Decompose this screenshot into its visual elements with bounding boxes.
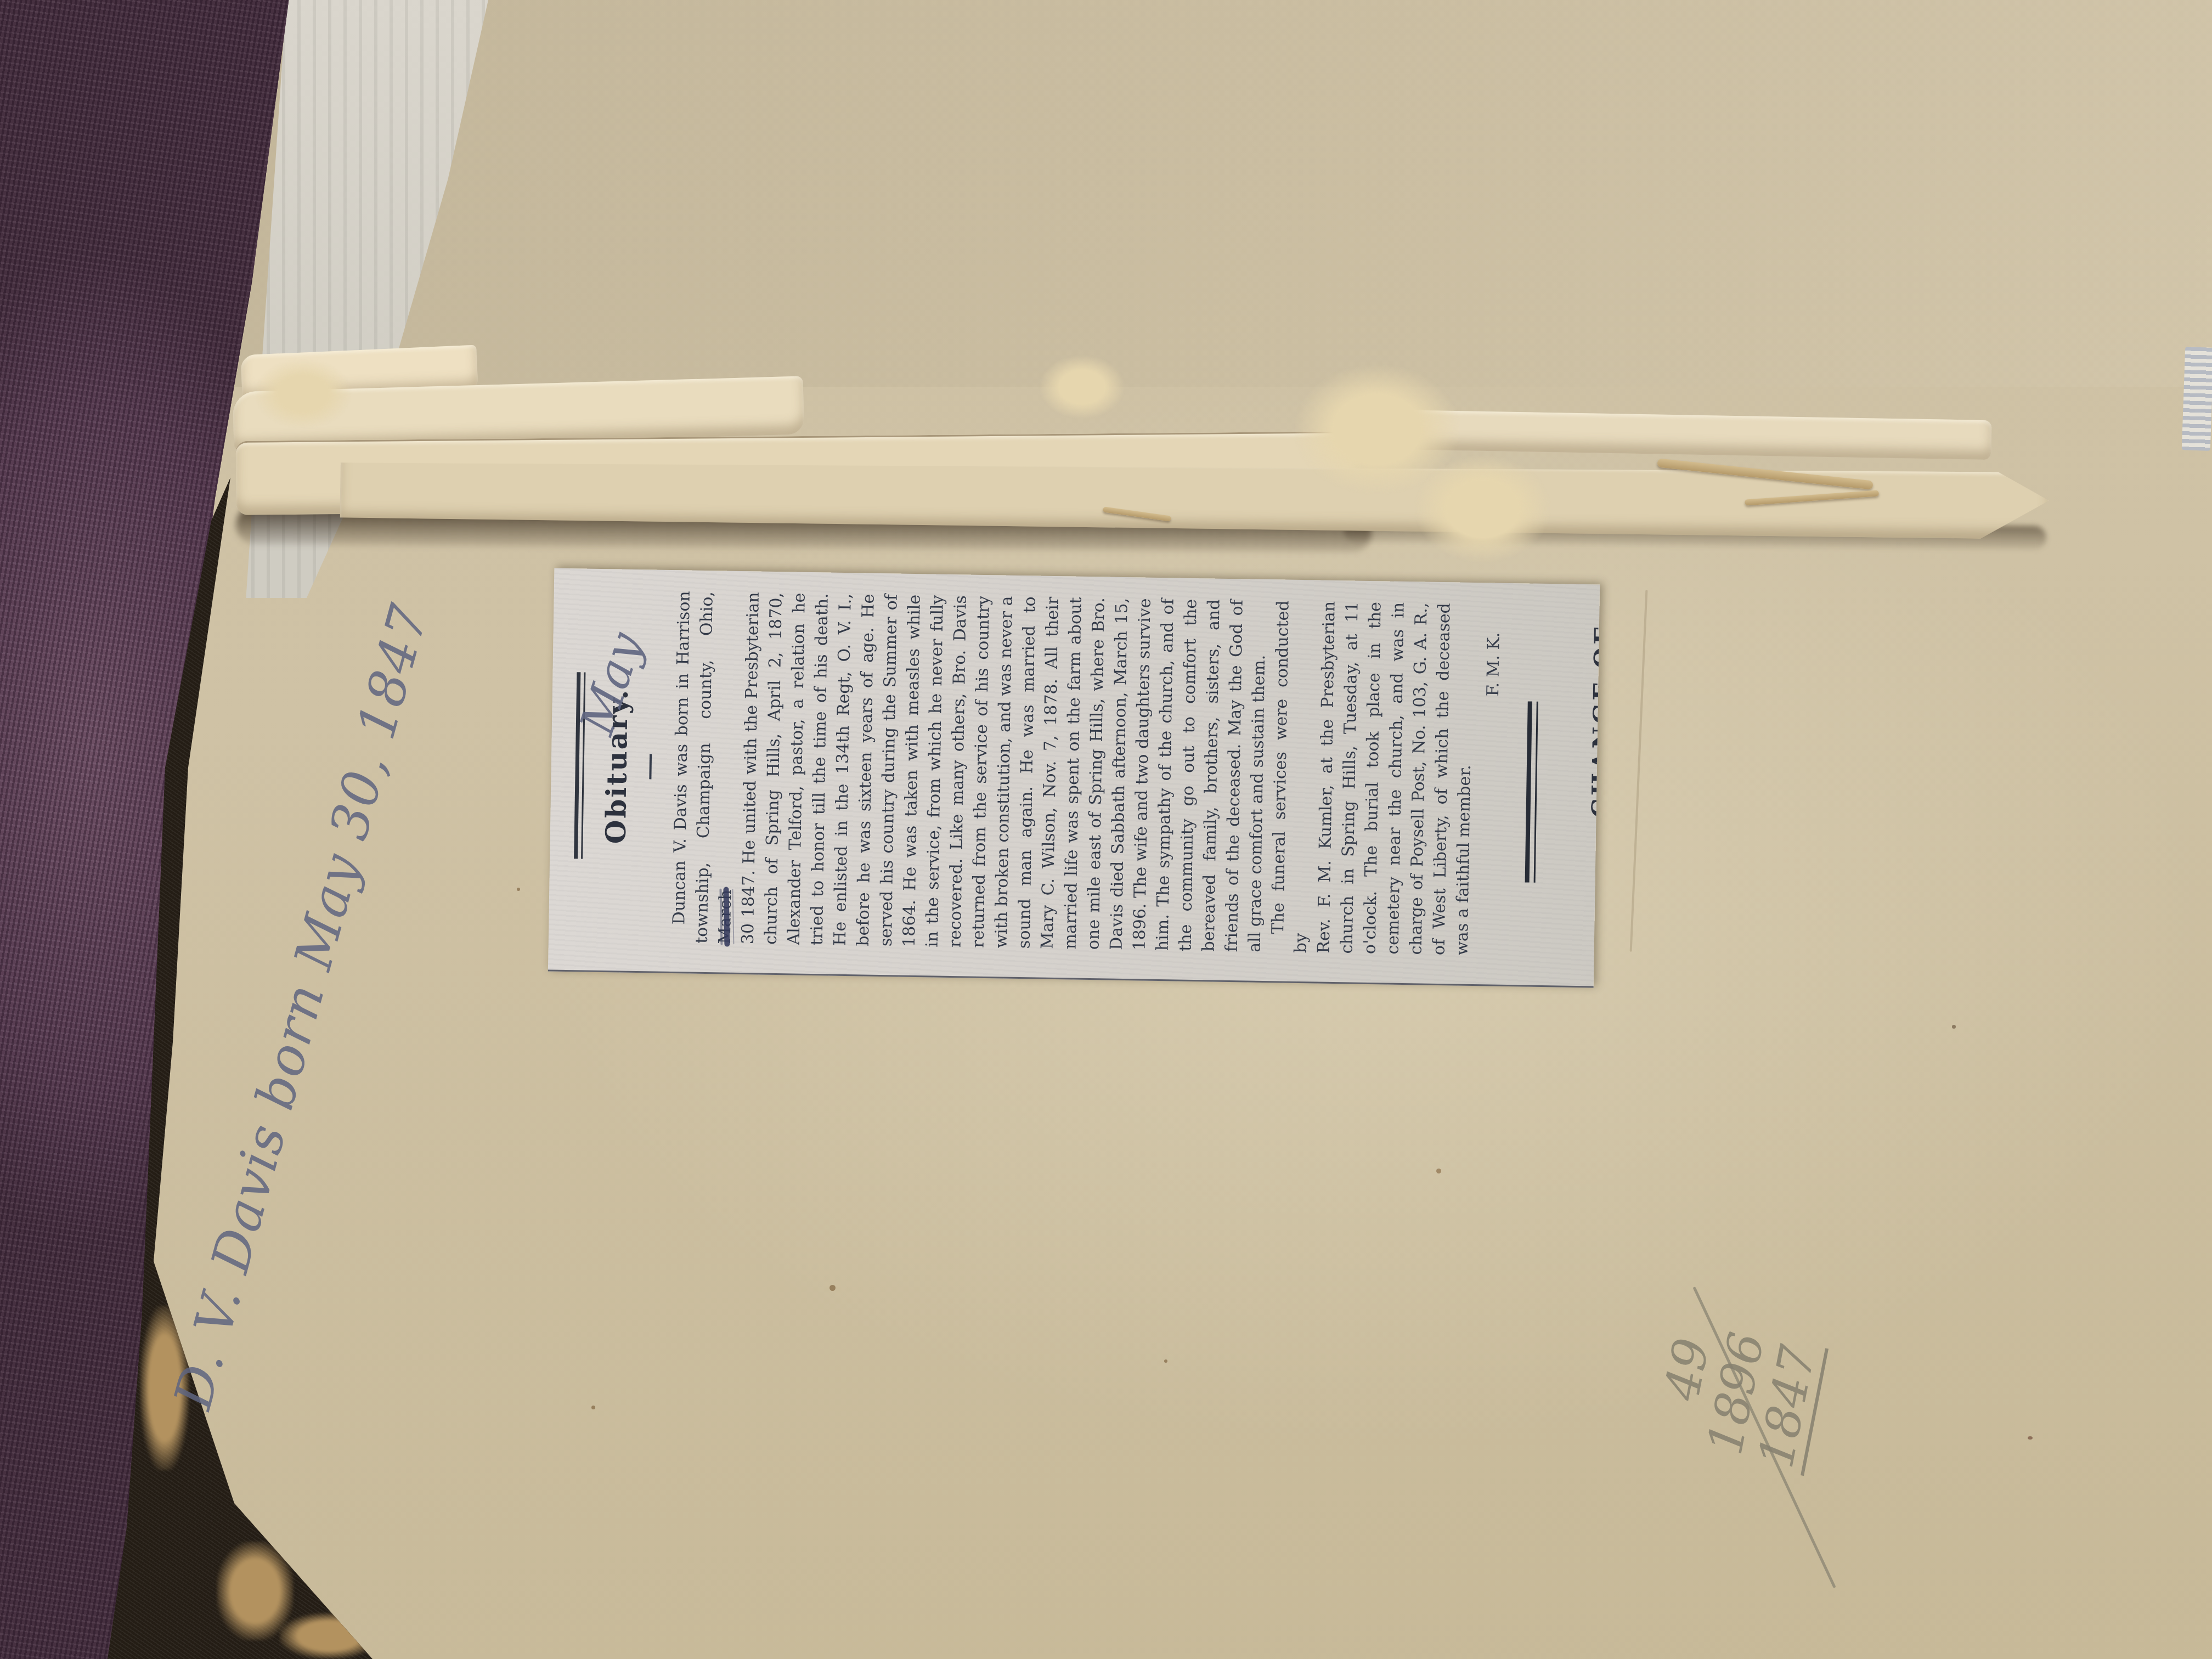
- obituary-clipping-paper: Obituary. Duncan V. Davis was born in Ha…: [548, 568, 1600, 988]
- struck-word: March: [715, 889, 736, 944]
- book-page-edges: [2182, 347, 2212, 451]
- page-speck: [830, 1285, 836, 1291]
- page-speck: [1952, 1025, 1956, 1029]
- page-speck: [1164, 1359, 1167, 1363]
- margin-inscription: D. V. Davis born May 30, 1847: [163, 552, 479, 1423]
- obituary-body: Duncan V. Davis was born in Harrisontown…: [668, 591, 1480, 956]
- obituary-signature: F. M. K.: [1479, 603, 1504, 956]
- next-article-headline-cut: CHANGE OF: [1587, 605, 1600, 818]
- page-upper-shading: [230, 0, 2212, 387]
- obituary-clipping: Obituary. Duncan V. Davis was born in Ha…: [549, 575, 1599, 981]
- headline-dash: [649, 754, 652, 779]
- frayed-paper-tuft: [1415, 455, 1550, 562]
- page-speck: [517, 888, 520, 891]
- page-speck: [2028, 1436, 2033, 1440]
- article-end-rule: [1525, 701, 1538, 882]
- page-speck: [591, 1406, 595, 1409]
- obituary-line: township, Champaign county, Ohio, March: [691, 591, 742, 944]
- page-crease: [1630, 590, 1648, 952]
- obituary-line: The funeral services were conducted by: [1267, 600, 1318, 953]
- photo-scrapbook-obituary: { "colors": { "fabric_purple": "#5d4156"…: [0, 0, 2212, 1659]
- pencil-subtraction: 49 1896 1847: [1635, 1318, 1842, 1530]
- frayed-paper-tuft: [255, 359, 351, 428]
- page-speck: [1436, 1169, 1441, 1173]
- frayed-paper-tuft: [1040, 356, 1125, 419]
- cover-worn-patch: [280, 1613, 379, 1659]
